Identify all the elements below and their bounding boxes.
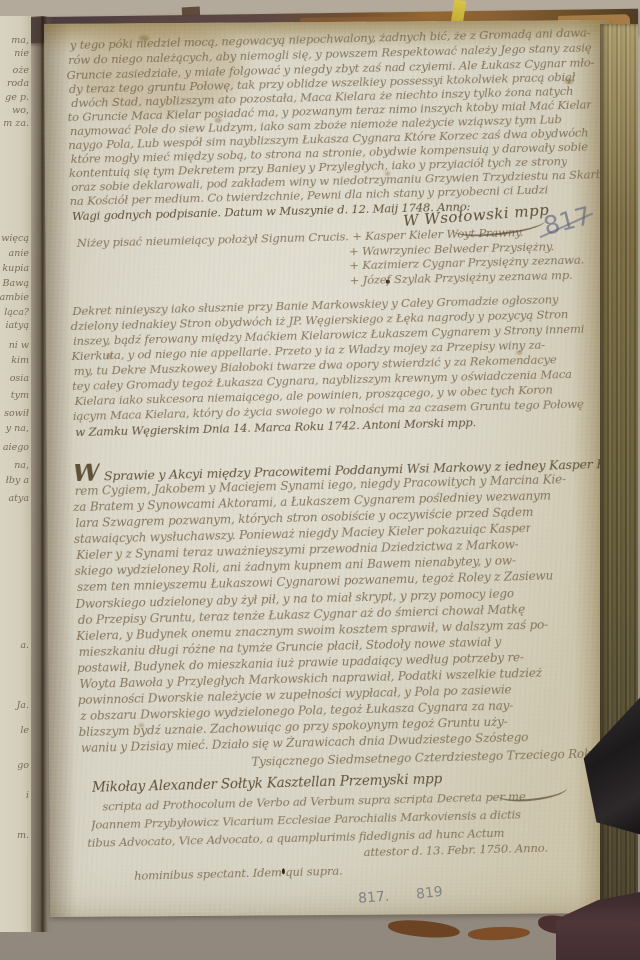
facing-page-fragment: y na, (6, 423, 29, 434)
facing-page-fragment: więcą (1, 233, 29, 244)
manuscript-line: attestor d. 13. Febr. 1750. Anno. (363, 841, 547, 859)
pencil-folio-number-right: 819 (415, 884, 443, 903)
facing-page-fragment: Ja. (17, 700, 30, 711)
facing-page-fragment: na, (14, 460, 29, 471)
facing-page-fragment: go (17, 760, 29, 771)
facing-page-fragment: a. (20, 640, 29, 651)
manuscript-page: y tego póki niedziel mocą, negowacyą nie… (44, 20, 616, 917)
facing-page-fragment: m za. (3, 118, 29, 129)
facing-page-fragment: Bawą (3, 278, 29, 289)
facing-page-fragment: iatyą (5, 320, 29, 331)
facing-page-fragment: sowił (4, 408, 29, 419)
leather-scrap (388, 919, 461, 940)
facing-page-fragment: wo, (12, 105, 29, 116)
facing-page-fragment: oże (13, 65, 29, 76)
facing-page-fragment: ni w (9, 340, 29, 351)
leather-scrap (468, 925, 531, 941)
facing-page-fragment: tym (11, 390, 29, 401)
facing-page-fragment: ma, (11, 35, 29, 46)
manuscript-line: Tysiącznego Siedmsetnego Czterdziestego … (251, 746, 602, 769)
facing-page-fragment: osia (10, 373, 29, 384)
facing-page-fragment: kim (11, 355, 29, 366)
facing-page-fragment: i (26, 790, 29, 801)
facing-page-fragment: m. (17, 830, 29, 841)
facing-page-fragment: anie (9, 248, 29, 259)
facing-page-fragment: ambie (0, 292, 29, 303)
facing-page-fragment: aiego (3, 442, 29, 453)
pencil-folio-number-left: 817. (358, 889, 390, 907)
facing-page-strip: ma,nieożerodage p.wo,m za.więcąaniekupia… (0, 16, 31, 932)
manuscript-photo: ma,nieożerodage p.wo,m za.więcąaniekupia… (0, 0, 640, 960)
facing-page-fragment: le (20, 725, 29, 736)
facing-page-fragment: roda (7, 78, 29, 89)
manuscript-line: hominibus spectant. Idem qui supra. (134, 864, 343, 883)
facing-page-fragment: nie (14, 48, 29, 59)
facing-page-fragment: kupia (2, 263, 29, 274)
facing-page-fragment: atya (8, 493, 29, 504)
facing-page-fragment: łby a (6, 475, 29, 486)
facing-page-fragment: ląca? (4, 307, 29, 318)
facing-page-fragment: ge p. (5, 92, 29, 103)
